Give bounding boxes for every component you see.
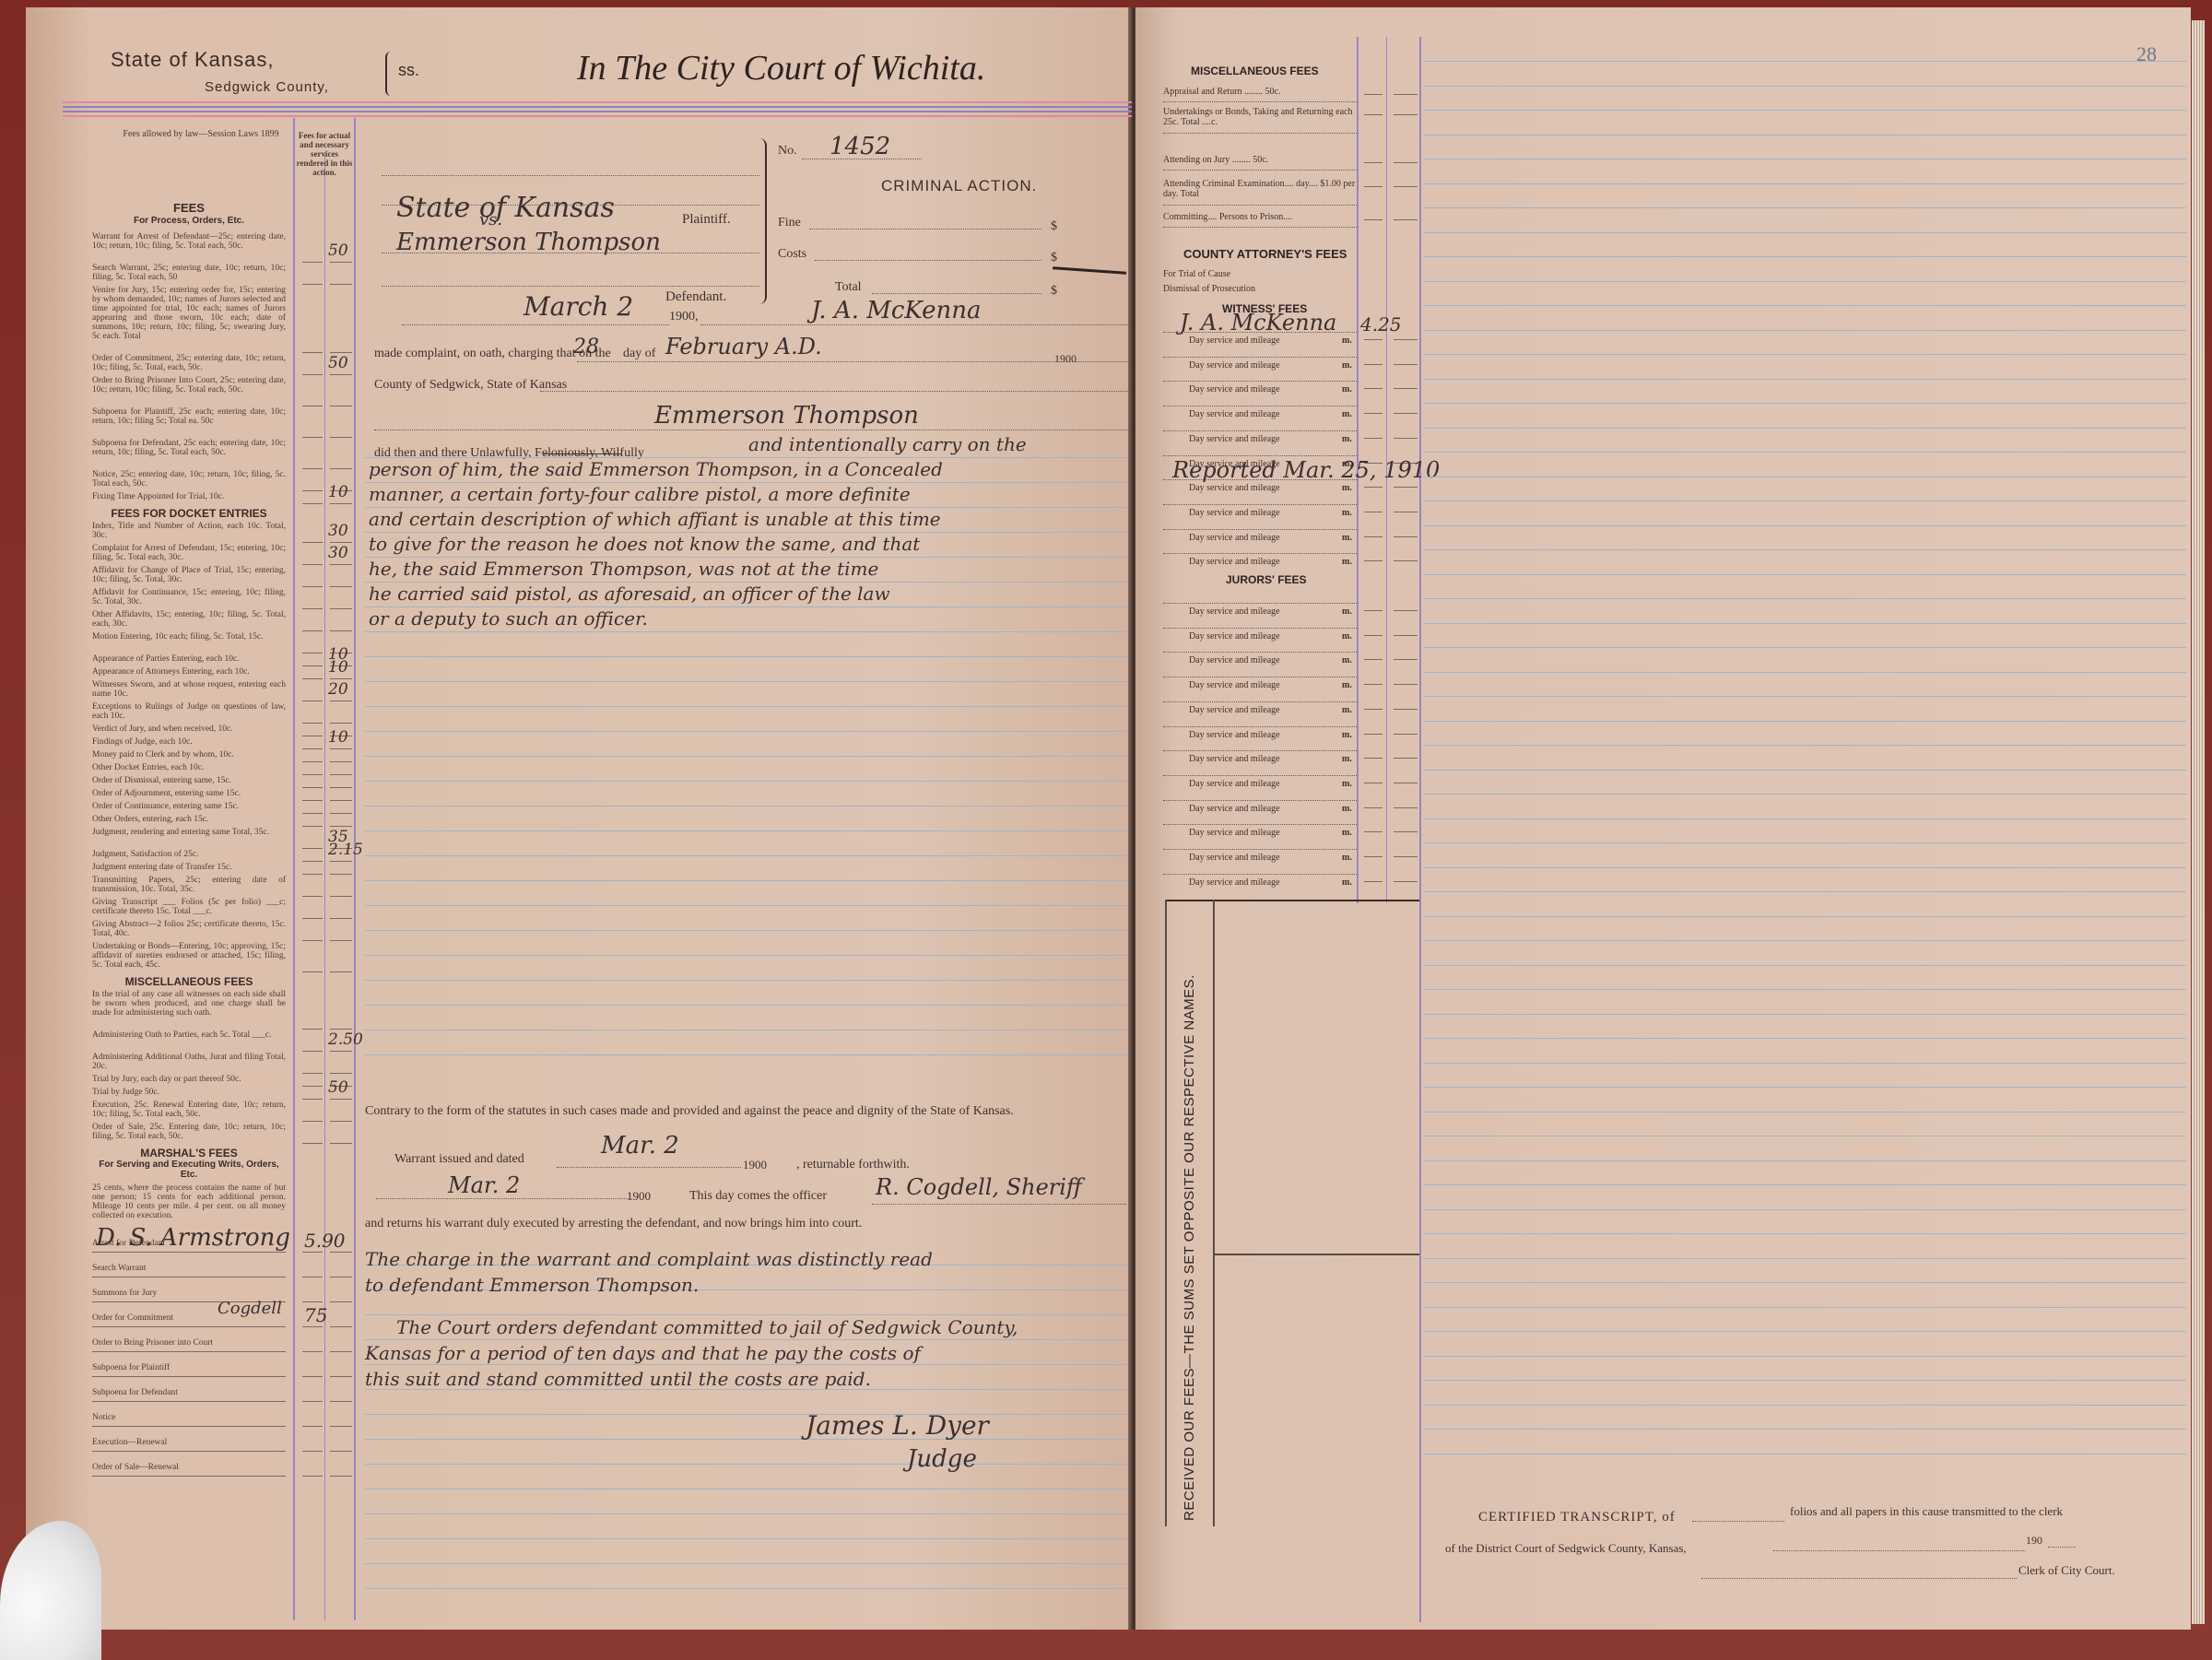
right-misc-item: Undertakings or Bonds, Taking and Return…: [1163, 107, 1357, 127]
day-service-label: Day service and mileage: [1189, 409, 1280, 419]
received-box-rule: [1215, 1254, 1419, 1255]
dotted-line: [1163, 874, 1357, 875]
ruled-line: [365, 930, 1128, 931]
state-label: State of Kansas,: [111, 48, 274, 72]
total-label: Total: [835, 280, 862, 295]
fee-cell-line: [330, 542, 352, 543]
fee-cell-line: [1364, 881, 1382, 882]
day-service-row: Day service and mileagem.: [1163, 533, 1382, 543]
county-label: Sedgwick County,: [205, 79, 329, 95]
fee-cell-line: [302, 918, 323, 919]
dotted-line: [1163, 824, 1357, 825]
fee-cell-line: [330, 1301, 352, 1302]
marshal-item: Subpoena for Plaintiff: [92, 1363, 286, 1372]
marshal-item: Search Warrant: [92, 1264, 286, 1273]
strikethrough: [544, 453, 622, 454]
fee-cell-line: [302, 1376, 323, 1377]
day-service-row: Day service and mileagem.: [1163, 828, 1382, 838]
fee-amount: 5.90: [304, 1230, 346, 1252]
fee-cell-line: [302, 800, 323, 801]
fee-item: Giving Abstract—2 folios 25c; certificat…: [92, 920, 286, 938]
charge-line: to give for the reason he does not know …: [369, 533, 920, 555]
fee-cell-line: [302, 630, 323, 631]
fee-item: Judgment, Satisfaction of 25c.: [92, 850, 286, 859]
fee-cell-line: [330, 468, 352, 469]
fee-cell-line: [302, 1121, 323, 1122]
ruled-line: [1423, 1136, 2186, 1136]
ruled-line: [365, 482, 1128, 483]
ruled-line: [1423, 1160, 2186, 1161]
fee-cell-line: [330, 1476, 352, 1477]
fee-cell-line: [1364, 114, 1382, 115]
dotted-line: [1163, 406, 1357, 406]
fee-cell-line: [302, 813, 323, 814]
ruled-line: [365, 631, 1128, 632]
day-service-row: Day service and mileagem.: [1163, 680, 1382, 690]
fee-cell-line: [330, 1351, 352, 1352]
mileage-unit: m.: [1342, 680, 1352, 690]
day-service-row: Day service and mileagem.: [1163, 877, 1382, 888]
fee-item: Trial by Judge 50c.: [92, 1088, 286, 1097]
fee-cell-line: [1364, 856, 1382, 857]
fee-cell-line: [1394, 186, 1418, 187]
ruled-line: [1423, 965, 2186, 966]
ruled-line: [365, 806, 1128, 806]
ruled-line: [1423, 159, 2186, 159]
ruled-line: [365, 955, 1128, 956]
dotted-line: [1163, 628, 1357, 629]
day-service-row: Day service and mileagem.: [1163, 730, 1382, 740]
fee-item: Transmitting Papers, 25c; entering date …: [92, 876, 286, 894]
day-service-label: Day service and mileage: [1189, 384, 1280, 394]
fee-amount: 50: [328, 241, 348, 260]
mileage-unit: m.: [1342, 409, 1352, 419]
handwritten-note: D. S. Armstrong: [96, 1224, 290, 1252]
ruled-line: [1423, 428, 2186, 429]
dotted-line: [376, 1198, 632, 1199]
ruled-line: [1423, 842, 2186, 843]
fee-item: Index, Title and Number of Action, each …: [92, 522, 286, 540]
judge-title: Judge: [907, 1445, 977, 1473]
charge-line: he carried said pistol, as aforesaid, an…: [369, 583, 890, 605]
ruled-line: [1423, 574, 2186, 575]
fee-cell-line: [330, 874, 352, 875]
mileage-unit: m.: [1342, 877, 1352, 888]
fee-cell-line: [302, 1029, 323, 1030]
fee-cell-line: [1394, 487, 1418, 488]
ruled-line: [365, 1563, 1128, 1564]
day-service-row: Day service and mileagem.: [1163, 705, 1382, 715]
mileage-unit: m.: [1342, 655, 1352, 665]
charge-line: he, the said Emmerson Thompson, was not …: [369, 558, 878, 580]
ruled-line: [1423, 110, 2186, 111]
costs-dollar: $: [1051, 251, 1057, 265]
fee-cell-line: [1364, 438, 1382, 439]
law-note: Fees allowed by law—Session Laws 1899: [109, 129, 293, 139]
right-misc-item: Appraisal and Return ........ 50c.: [1163, 87, 1357, 97]
fee-cell-line: [302, 284, 323, 285]
ruled-line: [1423, 135, 2186, 135]
ruled-line: [365, 830, 1128, 831]
certified-year: 190: [2026, 1534, 2042, 1548]
fee-cell-line: [302, 586, 323, 587]
fee-amount: 2.50: [328, 1030, 363, 1049]
versus: vs.: [479, 210, 502, 230]
day-service-label: Day service and mileage: [1189, 779, 1280, 789]
day-service-label: Day service and mileage: [1189, 606, 1280, 617]
fee-cell-line: [1394, 162, 1418, 163]
fee-item: Affidavit for Continuance, 15c; entering…: [92, 588, 286, 606]
fee-cell-line: [302, 748, 323, 749]
page-number: 28: [2136, 42, 2157, 66]
plaintiff-name: State of Kansas: [396, 192, 615, 224]
ruled-line: [1423, 281, 2186, 282]
fee-cell-line: [1394, 659, 1418, 660]
day-service-row: Day service and mileagem.: [1163, 508, 1382, 518]
ruled-line: [1423, 647, 2186, 648]
day-service-row: Day service and mileagem.: [1163, 557, 1382, 567]
fee-cell-line: [302, 1143, 323, 1144]
fee-cell-line: [330, 761, 352, 762]
day-service-label: Day service and mileage: [1189, 754, 1280, 764]
ruled-line: [1423, 452, 2186, 453]
warrant-label: Warrant issued and dated: [394, 1152, 524, 1167]
gloved-hand: [0, 1521, 101, 1660]
ruled-line: [365, 706, 1128, 707]
fee-cell-line: [1364, 219, 1382, 220]
ruled-line: [365, 1364, 1128, 1365]
ruled-line: [1423, 721, 2186, 722]
judge-signature: James L. Dyer: [806, 1410, 989, 1441]
ruled-line: [365, 980, 1128, 981]
fine-dollar: $: [1051, 219, 1057, 234]
dotted-line: [1163, 701, 1357, 702]
fee-item: Appearance of Attorneys Entering, each 1…: [92, 667, 286, 677]
misc-title: MISCELLANEOUS FEES: [92, 975, 286, 988]
marshal-subtitle: For Serving and Executing Writs, Orders,…: [92, 1160, 286, 1180]
returns-text: and returns his warrant duly executed by…: [365, 1217, 862, 1231]
fee-cell-line: [1364, 610, 1382, 611]
ruled-line: [365, 1054, 1128, 1055]
mileage-unit: m.: [1342, 483, 1352, 493]
header-rule: [63, 106, 1132, 108]
fee-cell-line: [330, 678, 352, 679]
day-service-row: Day service and mileagem.: [1163, 384, 1382, 394]
ruled-line: [1423, 61, 2186, 62]
fee-cell-line: [330, 700, 352, 701]
fee-amount: 50: [328, 354, 348, 372]
fee-cell-line: [1394, 856, 1418, 857]
return-year: 1900: [627, 1189, 651, 1204]
clerk-label: Clerk of City Court.: [2018, 1563, 2115, 1578]
fee-cell-line: [330, 630, 352, 631]
officer-name: R. Cogdell, Sheriff: [876, 1174, 1082, 1200]
day-service-row: Day service and mileagem.: [1163, 606, 1382, 617]
fee-item: Complaint for Arrest of Defendant, 15c; …: [92, 544, 286, 562]
fee-cell-line: [302, 940, 323, 941]
fee-item: Verdict of Jury, and when received, 10c.: [92, 724, 286, 734]
fee-column-line: [293, 118, 295, 1620]
right-misc-item: Attending on Jury ........ 50c.: [1163, 155, 1357, 165]
mileage-unit: m.: [1342, 508, 1352, 518]
fee-item: Money paid to Clerk and by whom, 10c.: [92, 750, 286, 759]
fee-cell-line: [1364, 536, 1382, 537]
row-rule: [92, 1426, 286, 1427]
fee-cell-line: [302, 653, 323, 653]
dotted-line: [1163, 652, 1357, 653]
fee-item: Subpoena for Defendant, 25c each; enteri…: [92, 439, 286, 457]
certified-label: CERTIFIED TRANSCRIPT, of: [1478, 1510, 1676, 1525]
action-type: CRIMINAL ACTION.: [881, 177, 1037, 195]
mileage-unit: m.: [1342, 533, 1352, 543]
fee-cell-line: [302, 437, 323, 438]
mileage-unit: m.: [1342, 336, 1352, 346]
fee-cell-line: [330, 787, 352, 788]
received-box-left: [1165, 900, 1167, 1526]
fee-cell-line: [302, 1476, 323, 1477]
mileage-unit: m.: [1342, 779, 1352, 789]
fee-cell-line: [330, 826, 352, 827]
day-service-row: Day service and mileagem.: [1163, 336, 1382, 346]
fee-cell-line: [1394, 413, 1418, 414]
case-number: 1452: [829, 133, 890, 160]
return-date: Mar. 2: [448, 1172, 520, 1198]
defendant-label: Defendant.: [665, 289, 726, 305]
fee-cell-line: [302, 896, 323, 897]
ruled-line: [365, 1414, 1128, 1415]
this-day-text: This day comes the officer: [689, 1189, 827, 1204]
fee-cell-line: [302, 1326, 323, 1327]
ruled-line: [1423, 183, 2186, 184]
ruled-line: [365, 781, 1128, 782]
fee-cell-line: [330, 1121, 352, 1122]
proceeding-line: this suit and stand committed until the …: [365, 1368, 871, 1390]
fee-cell-line: [302, 1426, 323, 1427]
plaintiff-label: Plaintiff.: [682, 212, 731, 228]
dotted-line: [1692, 1521, 1784, 1522]
ruled-line: [365, 731, 1128, 732]
proceeding-line: The charge in the warrant and complaint …: [365, 1248, 933, 1270]
fee-cell-line: [302, 490, 323, 491]
day-service-row: Day service and mileagem.: [1163, 434, 1382, 444]
certified-text-2: of the District Court of Sedgwick County…: [1445, 1541, 1687, 1556]
fee-cell-line: [302, 608, 323, 609]
ruled-line: [1423, 794, 2186, 795]
accused-name: Emmerson Thompson: [654, 402, 919, 430]
returnable-text: , returnable forthwith.: [796, 1158, 910, 1172]
day-service-row: Day service and mileagem.: [1163, 804, 1382, 814]
fee-cell-line: [330, 774, 352, 775]
fee-cell-line: [302, 1277, 323, 1277]
proceeding-line: to defendant Emmerson Thompson.: [365, 1274, 699, 1296]
mileage-unit: m.: [1342, 853, 1352, 863]
fee-item: Undertaking or Bonds—Entering, 10c; appr…: [92, 942, 286, 970]
ruled-line: [365, 880, 1128, 881]
dotted-line: [1163, 504, 1357, 505]
fee-cell-line: [1364, 186, 1382, 187]
day-service-row: Day service and mileagem.: [1163, 631, 1382, 642]
fee-cell-line: [330, 896, 352, 897]
ruled-line: [1423, 330, 2186, 331]
fee-cell-line: [1394, 734, 1418, 735]
mileage-unit: m.: [1342, 631, 1352, 642]
fee-cell-line: [302, 1252, 323, 1253]
fee-cell-line: [302, 1351, 323, 1352]
fee-cell-line: [302, 678, 323, 679]
ruled-line: [365, 1314, 1128, 1315]
fee-amount: 20: [328, 680, 348, 699]
fee-item: Venire for Jury, 15c; entering order for…: [92, 286, 286, 341]
ruled-line: [1423, 1038, 2186, 1039]
ruled-line: [365, 1005, 1128, 1006]
fee-cell-line: [330, 1252, 352, 1253]
page-edges: [2192, 20, 2205, 1624]
ruled-line: [1423, 745, 2186, 746]
ruled-line: [365, 1513, 1128, 1514]
fee-cell-line: [1364, 709, 1382, 710]
fee-cell-line: [330, 1376, 352, 1377]
charge-line: and intentionally carry on the: [748, 433, 1027, 455]
fee-cell-line: [302, 761, 323, 762]
fee-item: Order of Adjournment, entering same 15c.: [92, 789, 286, 798]
fee-cell-line: [1394, 684, 1418, 685]
row-rule: [92, 1376, 286, 1377]
fine-label: Fine: [778, 216, 801, 230]
fee-cell-line: [302, 468, 323, 469]
ruled-line: [1423, 916, 2186, 917]
fee-item: Trial by Jury, each day or part thereof …: [92, 1075, 286, 1084]
day-service-label: Day service and mileage: [1189, 508, 1280, 518]
dotted-line: [1163, 726, 1357, 727]
fee-cell-line: [330, 813, 352, 814]
dotted-line: [382, 175, 759, 176]
fee-item: Order of Dismissal, entering same, 15c.: [92, 776, 286, 785]
fee-cell-line: [330, 1073, 352, 1074]
ruled-line: [1423, 1112, 2186, 1113]
ruled-line: [1423, 305, 2186, 306]
row-rule: [92, 1401, 286, 1402]
header-rule: [63, 101, 1132, 103]
dotted-line: [382, 205, 759, 206]
total-dollar: $: [1051, 284, 1057, 299]
fee-cell-line: [330, 861, 352, 862]
fee-cell-line: [1364, 339, 1382, 340]
dotted-line: [1163, 381, 1357, 382]
fee-cell-line: [330, 262, 352, 263]
mileage-unit: m.: [1342, 828, 1352, 838]
fee-cell-line: [1364, 783, 1382, 783]
fee-item: Order of Commitment, 25c; entering date,…: [92, 354, 286, 372]
row-rule: [92, 1351, 286, 1352]
marshal-item: Notice: [92, 1413, 286, 1422]
mileage-unit: m.: [1342, 384, 1352, 394]
offense-year: 1900: [1054, 352, 1077, 366]
ruled-line: [1423, 354, 2186, 355]
offense-month: February A.D.: [665, 334, 822, 359]
fee-cell-line: [330, 284, 352, 285]
header-rule: [63, 115, 1132, 117]
mileage-unit: m.: [1342, 606, 1352, 617]
fee-column-line: [1419, 37, 1421, 1622]
fee-cell-line: [330, 1029, 352, 1030]
marshal-item: Order of Sale—Renewal: [92, 1463, 286, 1472]
fee-item: In the trial of any case all witnesses o…: [92, 990, 286, 1018]
dotted-line: [540, 391, 1128, 392]
ca-item: Dismissal of Prosecution: [1163, 284, 1357, 294]
marshal-item: Summons for Jury: [92, 1289, 286, 1298]
fee-cell-line: [302, 352, 323, 353]
ruled-line: [365, 606, 1128, 607]
ruled-line: [1423, 623, 2186, 624]
witness-amount: 4.25: [1360, 313, 1402, 336]
fee-cell-line: [302, 665, 323, 666]
day-service-row: Day service and mileagem.: [1163, 853, 1382, 863]
jurors-fees-title: JURORS' FEES: [1226, 573, 1307, 586]
process-subtitle: For Process, Orders, Etc.: [92, 216, 286, 226]
fee-cell-line: [330, 1401, 352, 1402]
fees-title: FEES: [92, 201, 286, 215]
ruled-line: [1423, 1063, 2186, 1064]
fee-column-header: Fees for actual and necessary services r…: [295, 131, 354, 177]
day-service-label: Day service and mileage: [1189, 533, 1280, 543]
right-misc-title: MISCELLANEOUS FEES: [1191, 65, 1319, 77]
fee-cell-line: [330, 1099, 352, 1100]
ruled-line: [365, 756, 1128, 757]
fee-item: Findings of Judge, each 10c.: [92, 737, 286, 747]
ca-item: For Trial of Cause: [1163, 269, 1357, 279]
ruled-line: [365, 656, 1128, 657]
fee-cell-line: [302, 542, 323, 543]
fee-cell-line: [302, 374, 323, 375]
fee-cell-line: [302, 848, 323, 849]
case-number-label: No.: [778, 144, 797, 159]
fee-amount: 2.15: [328, 841, 363, 859]
fee-amount: 10: [328, 658, 348, 677]
header-rule: [63, 111, 1132, 112]
ruled-line: [1423, 818, 2186, 819]
ruled-line: [1423, 86, 2186, 87]
ruled-line: [1423, 256, 2186, 257]
row-rule: [92, 1252, 286, 1253]
fee-cell-line: [1394, 94, 1418, 95]
dotted-line: [1163, 603, 1357, 604]
dotted-line: [1163, 529, 1357, 530]
dotted-line: [2048, 1547, 2076, 1548]
fee-cell-line: [302, 787, 323, 788]
fee-cell-line: [302, 262, 323, 263]
contrary-text: Contrary to the form of the statutes in …: [365, 1099, 1126, 1124]
dotted-line: [872, 1204, 1126, 1205]
dotted-line: [1163, 357, 1357, 358]
fee-cell-line: [1394, 709, 1418, 710]
received-box-divider: [1213, 900, 1215, 1526]
charge-line: and certain description of which affiant…: [369, 508, 941, 530]
ruled-line: [1423, 525, 2186, 526]
dotted-line: [382, 286, 759, 287]
ruled-line: [1423, 403, 2186, 404]
ruled-line: [1423, 477, 2186, 477]
dotted-line: [802, 159, 922, 159]
ruled-line: [1423, 1405, 2186, 1406]
fee-cell-line: [1394, 831, 1418, 832]
ruled-line: [365, 582, 1128, 583]
dotted-line: [809, 229, 1041, 230]
fee-item: Judgment entering date of Transfer 15c.: [92, 863, 286, 872]
day-service-row: Day service and mileagem.: [1163, 655, 1382, 665]
county-attorney-title: COUNTY ATTORNEY'S FEES: [1183, 247, 1347, 261]
dotted-line: [1163, 430, 1357, 431]
charge-line: person of him, the said Emmerson Thompso…: [369, 458, 943, 480]
